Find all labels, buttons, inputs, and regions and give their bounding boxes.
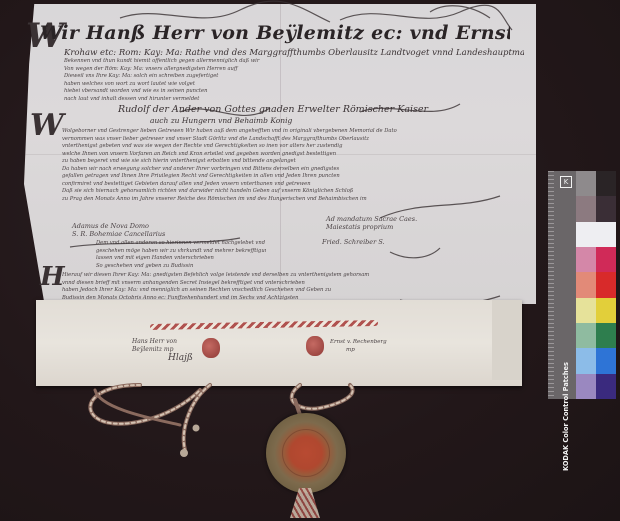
patch-yellow-light: [576, 298, 596, 323]
final-line: haben Jedoch Ihrer Kay: Ma: vnd mennigli…: [62, 287, 482, 295]
signature-line: Ernst v. Rechenberg: [330, 339, 387, 345]
closing-line: lassen vnd mit eigen Handen vnterschrieb…: [96, 255, 266, 263]
mandate-note: Ad mandatum Sacrae Caes. Maiestatis prop…: [326, 215, 417, 231]
document-heading: Wir Hanß Herr von Beÿlemitz ec: vnd Erns…: [40, 22, 510, 44]
main-body-text: Wolgeborner vnd Gestrenger lieben Getrew…: [62, 128, 544, 206]
secretary-signature: Fried. Schreiber S.: [322, 238, 385, 246]
patch-gray-mauve: [576, 196, 596, 221]
closing-line: Dem vnd allen anderen so hierinnen verme…: [96, 240, 266, 248]
plica-signature-left: Hans Herr von Beÿlemitz mp Hlajß: [132, 338, 193, 363]
closing-text-block: Dem vnd allen anderen so hierinnen verme…: [96, 240, 266, 272]
ruler-strip: K KODAK Color Control Patches: [548, 171, 576, 399]
patch-gray-light: [576, 171, 596, 196]
document-subheading: Krohaw etc: Rom: Kay: Ma: Rathe vnd des …: [64, 48, 524, 58]
intro-line: Dieweil vns Ihre Kay: Ma: solch ein schr…: [64, 73, 514, 81]
patch-white: [576, 222, 616, 247]
patch-magenta-light: [576, 247, 596, 272]
signature-line: Hans Herr von: [132, 338, 177, 345]
patch-dark: [596, 196, 616, 221]
signature-line: Hlajß: [132, 353, 193, 363]
decorated-initial-h: H: [40, 262, 65, 292]
chancellor-note: Adamus de Nova Domo S. R. Bohemiae Cance…: [72, 222, 165, 238]
note-line: Ad mandatum Sacrae Caes.: [326, 215, 417, 223]
body-line: welche Ihnen von vnsern Vorfaren an Reic…: [62, 151, 544, 159]
intro-line: hiebei vbersandt worden vnd wie es in se…: [64, 88, 514, 96]
kodak-logo-icon: K: [560, 176, 572, 188]
patch-cyan-light: [576, 348, 596, 373]
body-line: gefallen getragen vnd Ihnen Ihre Priuile…: [62, 173, 544, 181]
body-line: vnterthenigst gebeten vnd was sie wegen …: [62, 143, 544, 151]
body-line: Daß sie sich hiernach gehorsamlich richt…: [62, 188, 544, 196]
patch-yellow: [596, 298, 616, 323]
intro-text-block: Bekennen vnd thun kundt hiemit offentlic…: [64, 58, 514, 106]
cord-knot-left: [202, 338, 220, 358]
rudolf-heading: Rudolf der Ander von Gottes gnaden Erwel…: [118, 104, 458, 115]
body-line: Da haben wir nach erwegung solcher vnd a…: [62, 166, 544, 174]
patch-red: [596, 272, 616, 297]
rudolf-heading-2: auch zu Hungern vnd Behaimb Konig: [150, 116, 410, 125]
final-line: vnnd diesen brieff mit vnserm anhangende…: [62, 280, 482, 288]
patch-cyan: [596, 348, 616, 373]
note-line: Adamus de Nova Domo: [72, 222, 149, 230]
patch-black: [596, 171, 616, 196]
note-line: Maiestatis proprium: [326, 223, 393, 231]
decorated-initial-w2: W: [30, 108, 64, 143]
kodak-label: KODAK Color Control Patches: [562, 362, 570, 471]
color-patches: [576, 171, 616, 399]
body-line: zu haben begeret vnd wie sie sich hierin…: [62, 158, 544, 166]
final-line: Hierauf wir diesen Ihrer Kay: Ma: gnedig…: [62, 272, 482, 280]
patch-red-light: [576, 272, 596, 297]
patch-green-light: [576, 323, 596, 348]
patch-blue: [596, 374, 616, 399]
note-line: S. R. Bohemiae Cancellarius: [72, 230, 165, 238]
wax-seal: [266, 413, 346, 493]
patch-green: [596, 323, 616, 348]
signature-line: mp: [330, 347, 355, 353]
intro-line: Von wegen der Röm: Kay: Ma: vnsers aller…: [64, 66, 514, 74]
plica-signature-right: Ernst v. Rechenberg mp: [330, 338, 387, 354]
patch-blue-light: [576, 374, 596, 399]
body-line: zu Prag den Monats Anno im Jahre vnserer…: [62, 196, 544, 204]
patch-magenta: [596, 247, 616, 272]
body-line: vernommen was vnser lieber getrewer vnd …: [62, 136, 544, 144]
intro-line: Bekennen vnd thun kundt hiemit offentlic…: [64, 58, 514, 66]
intro-line: nach laut vnd inhalt dessen vnd hirunter…: [64, 96, 514, 104]
plica-right-flap: [492, 300, 522, 380]
signature-line: Beÿlemitz mp: [132, 346, 173, 353]
ruler-ticks: [548, 171, 554, 399]
kodak-color-target: K KODAK Color Control Patches: [548, 171, 616, 399]
closing-line: So geschehen vnd geben zu Budissin: [96, 263, 266, 271]
closing-line: geschehen möge haben wir zu vhrkundt vnd…: [96, 248, 266, 256]
plica-fold: [36, 300, 522, 386]
body-line: confirmiret vnd bestettiget Gebieten dar…: [62, 181, 544, 189]
intro-line: haben welches von wort zu wort lautet wi…: [64, 81, 514, 89]
body-line: Wolgeborner vnd Gestrenger lieben Getrew…: [62, 128, 544, 136]
cord-knot-right: [306, 336, 324, 356]
